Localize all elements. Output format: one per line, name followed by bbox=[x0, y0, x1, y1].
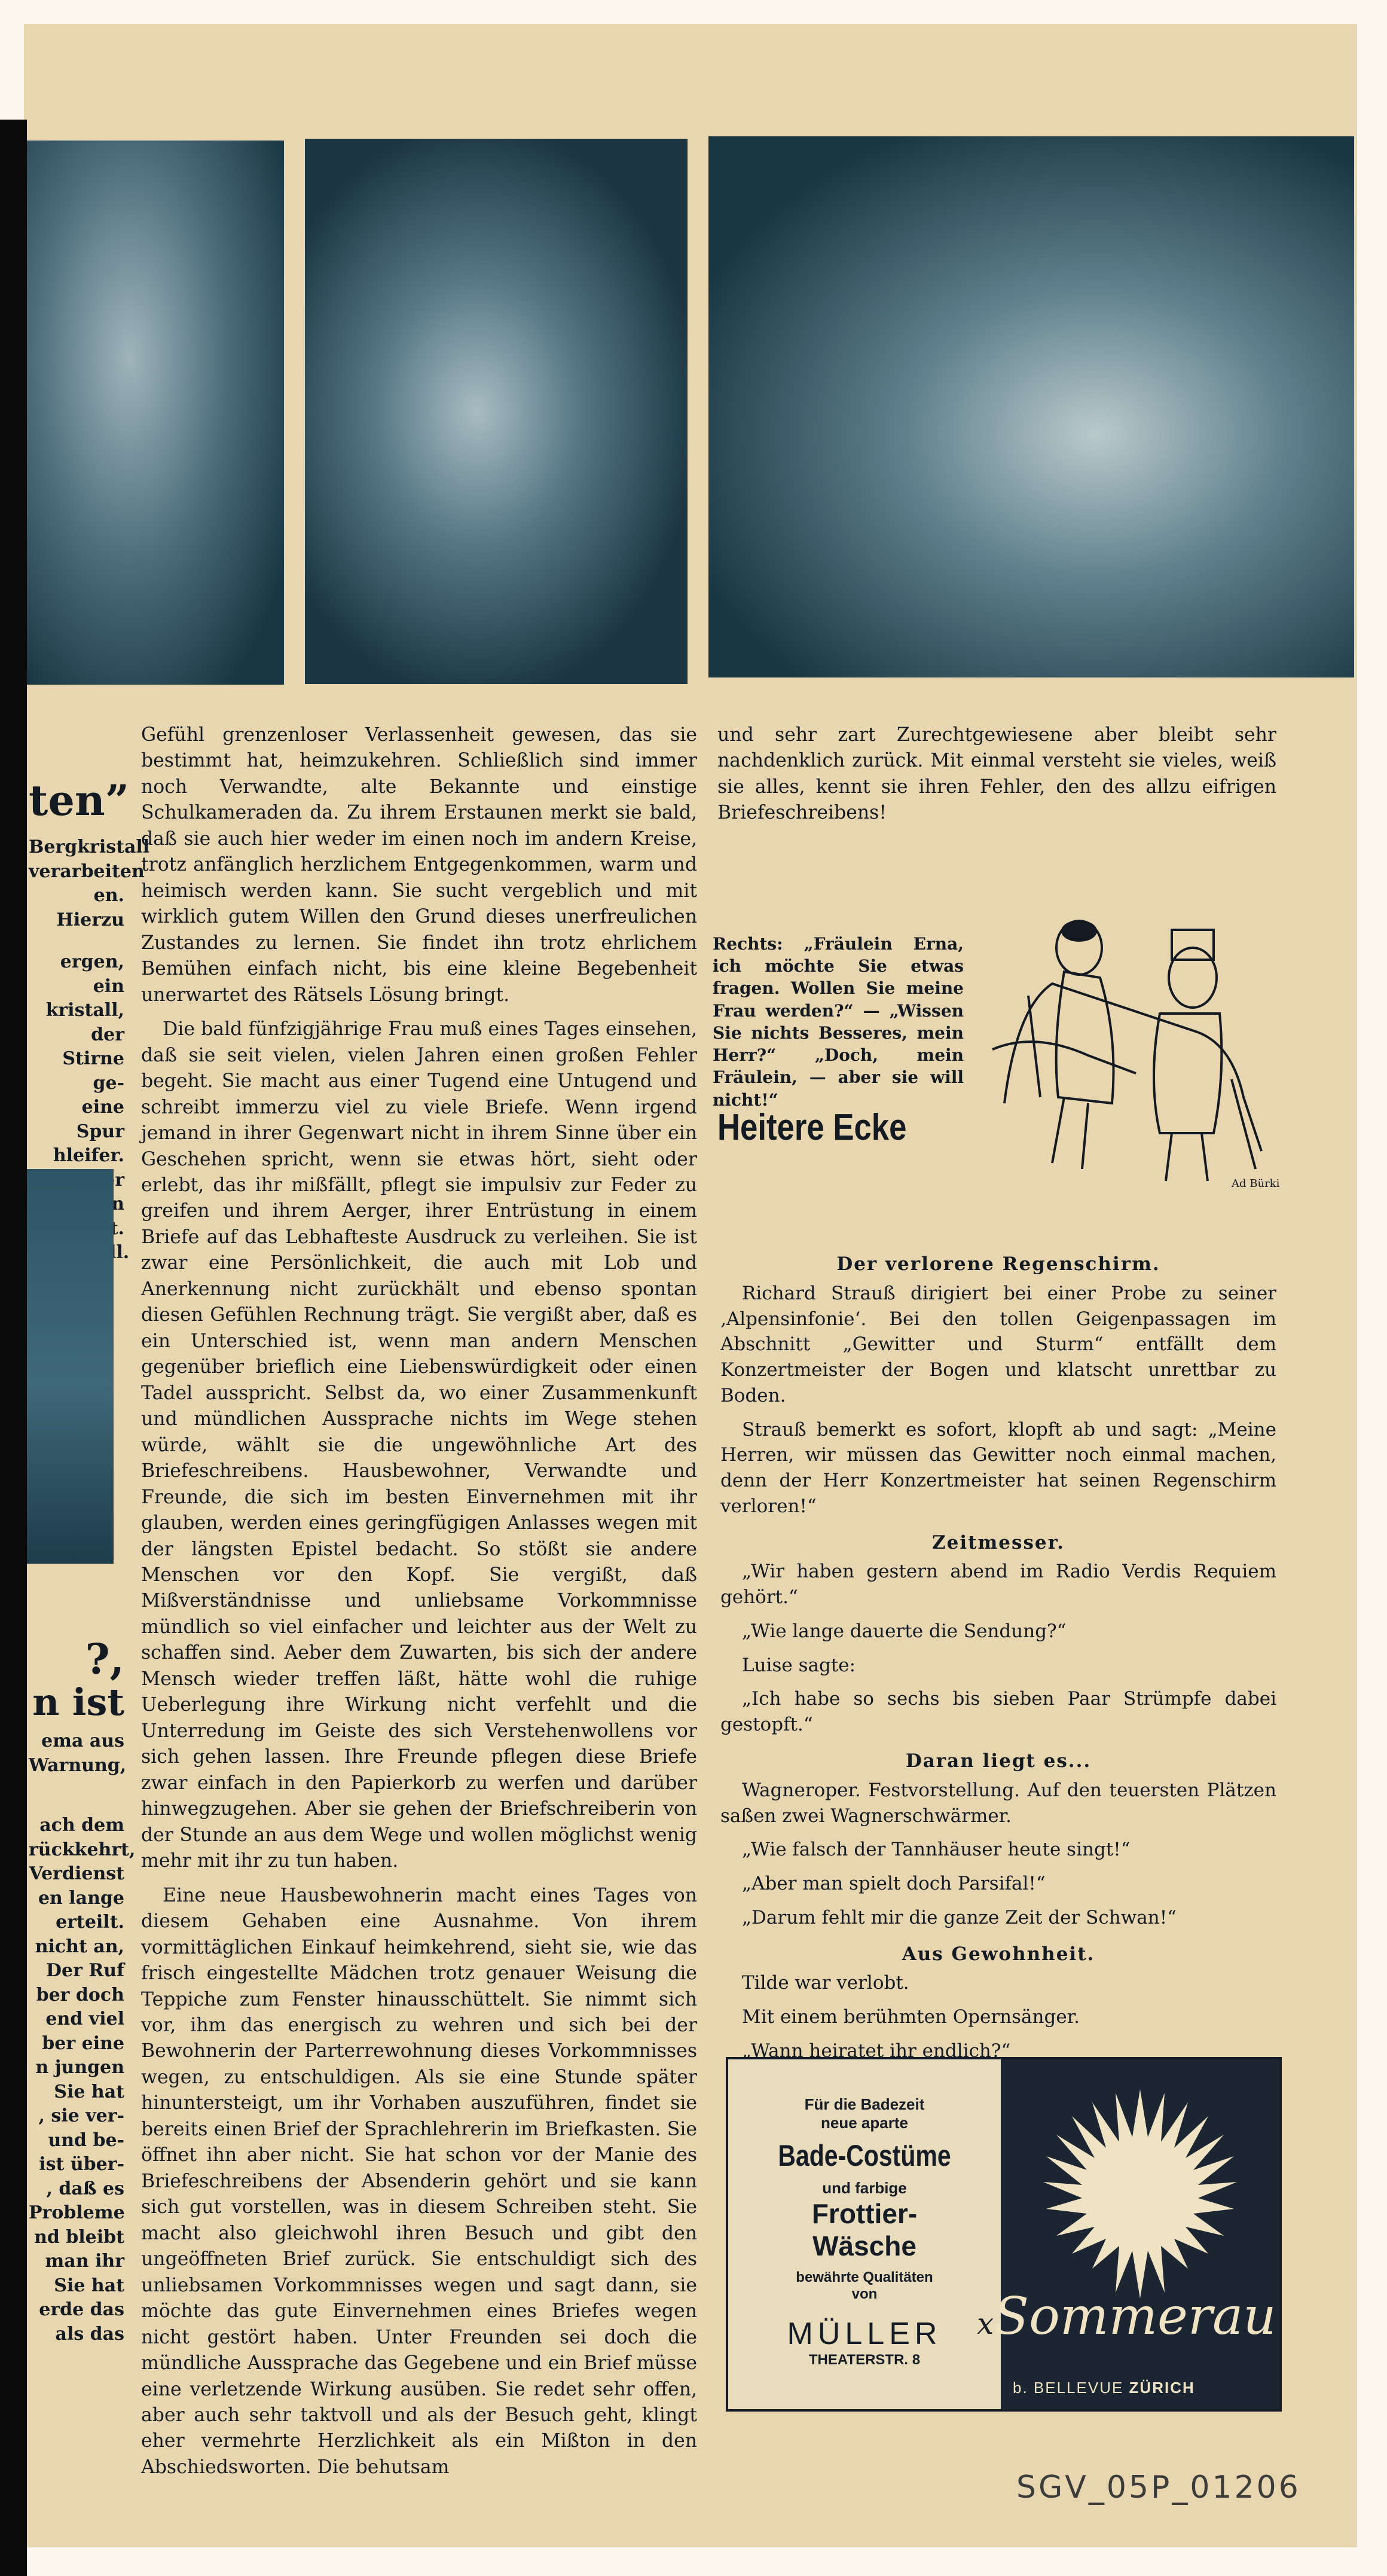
anecdote-title: Daran liegt es... bbox=[720, 1748, 1276, 1774]
paragraph: Gefühl grenzenloser Verlassenheit gewese… bbox=[141, 722, 697, 1008]
anecdote-title: Aus Gewohnheit. bbox=[720, 1942, 1276, 1967]
fragment-headline: ten” bbox=[29, 777, 124, 823]
section-title-heitere-ecke: Heitere Ecke bbox=[717, 1106, 906, 1149]
article-continuation: und sehr zart Zurechtgewiesene aber blei… bbox=[717, 722, 1276, 835]
advertisement-mueller-sommerau: Für die Badezeit neue aparte Bade-Costüm… bbox=[726, 2057, 1282, 2412]
anecdotes-column: Der verlorene Regenschirm. Richard Strau… bbox=[720, 1241, 1276, 2140]
scan-edge bbox=[0, 120, 27, 2576]
article-main-column: Gefühl grenzenloser Verlassenheit gewese… bbox=[141, 722, 697, 2489]
cartoon-caption: Rechts: „Fräulein Erna, ich möchte Sie e… bbox=[713, 933, 964, 1111]
anecdote-title: Zeitmesser. bbox=[720, 1530, 1276, 1556]
left-fragment-bottom: ?, n ist ema aus Warnung, ach dem rückke… bbox=[29, 1638, 124, 2346]
svg-text:Ad Bürki: Ad Bürki bbox=[1231, 1177, 1280, 1190]
archive-stamp: SGV_05P_01206 bbox=[1016, 2470, 1301, 2505]
brand-sommerau: xSommerau bbox=[977, 2287, 1276, 2346]
photo-middle bbox=[305, 139, 688, 684]
cartoon-couple-on-bench: Ad Bürki bbox=[980, 900, 1315, 1193]
photo-right bbox=[708, 136, 1354, 677]
sun-burst-icon bbox=[1001, 2071, 1279, 2311]
paragraph: Eine neue Hausbewohnerin macht eines Tag… bbox=[141, 1883, 697, 2481]
photo-left-small bbox=[27, 1169, 114, 1564]
ad-sun-panel: xSommerau b. BELLEVUE ZÜRICH bbox=[1001, 2059, 1279, 2409]
brand-mueller: MÜLLER bbox=[728, 2316, 1001, 2352]
ad-text-panel: Für die Badezeit neue aparte Bade-Costüm… bbox=[728, 2059, 1001, 2409]
photo-left bbox=[27, 141, 284, 685]
paragraph: Die bald fünfzigjährige Frau muß eines T… bbox=[141, 1017, 697, 1874]
anecdote-title: Der verlorene Regenschirm. bbox=[720, 1252, 1276, 1277]
